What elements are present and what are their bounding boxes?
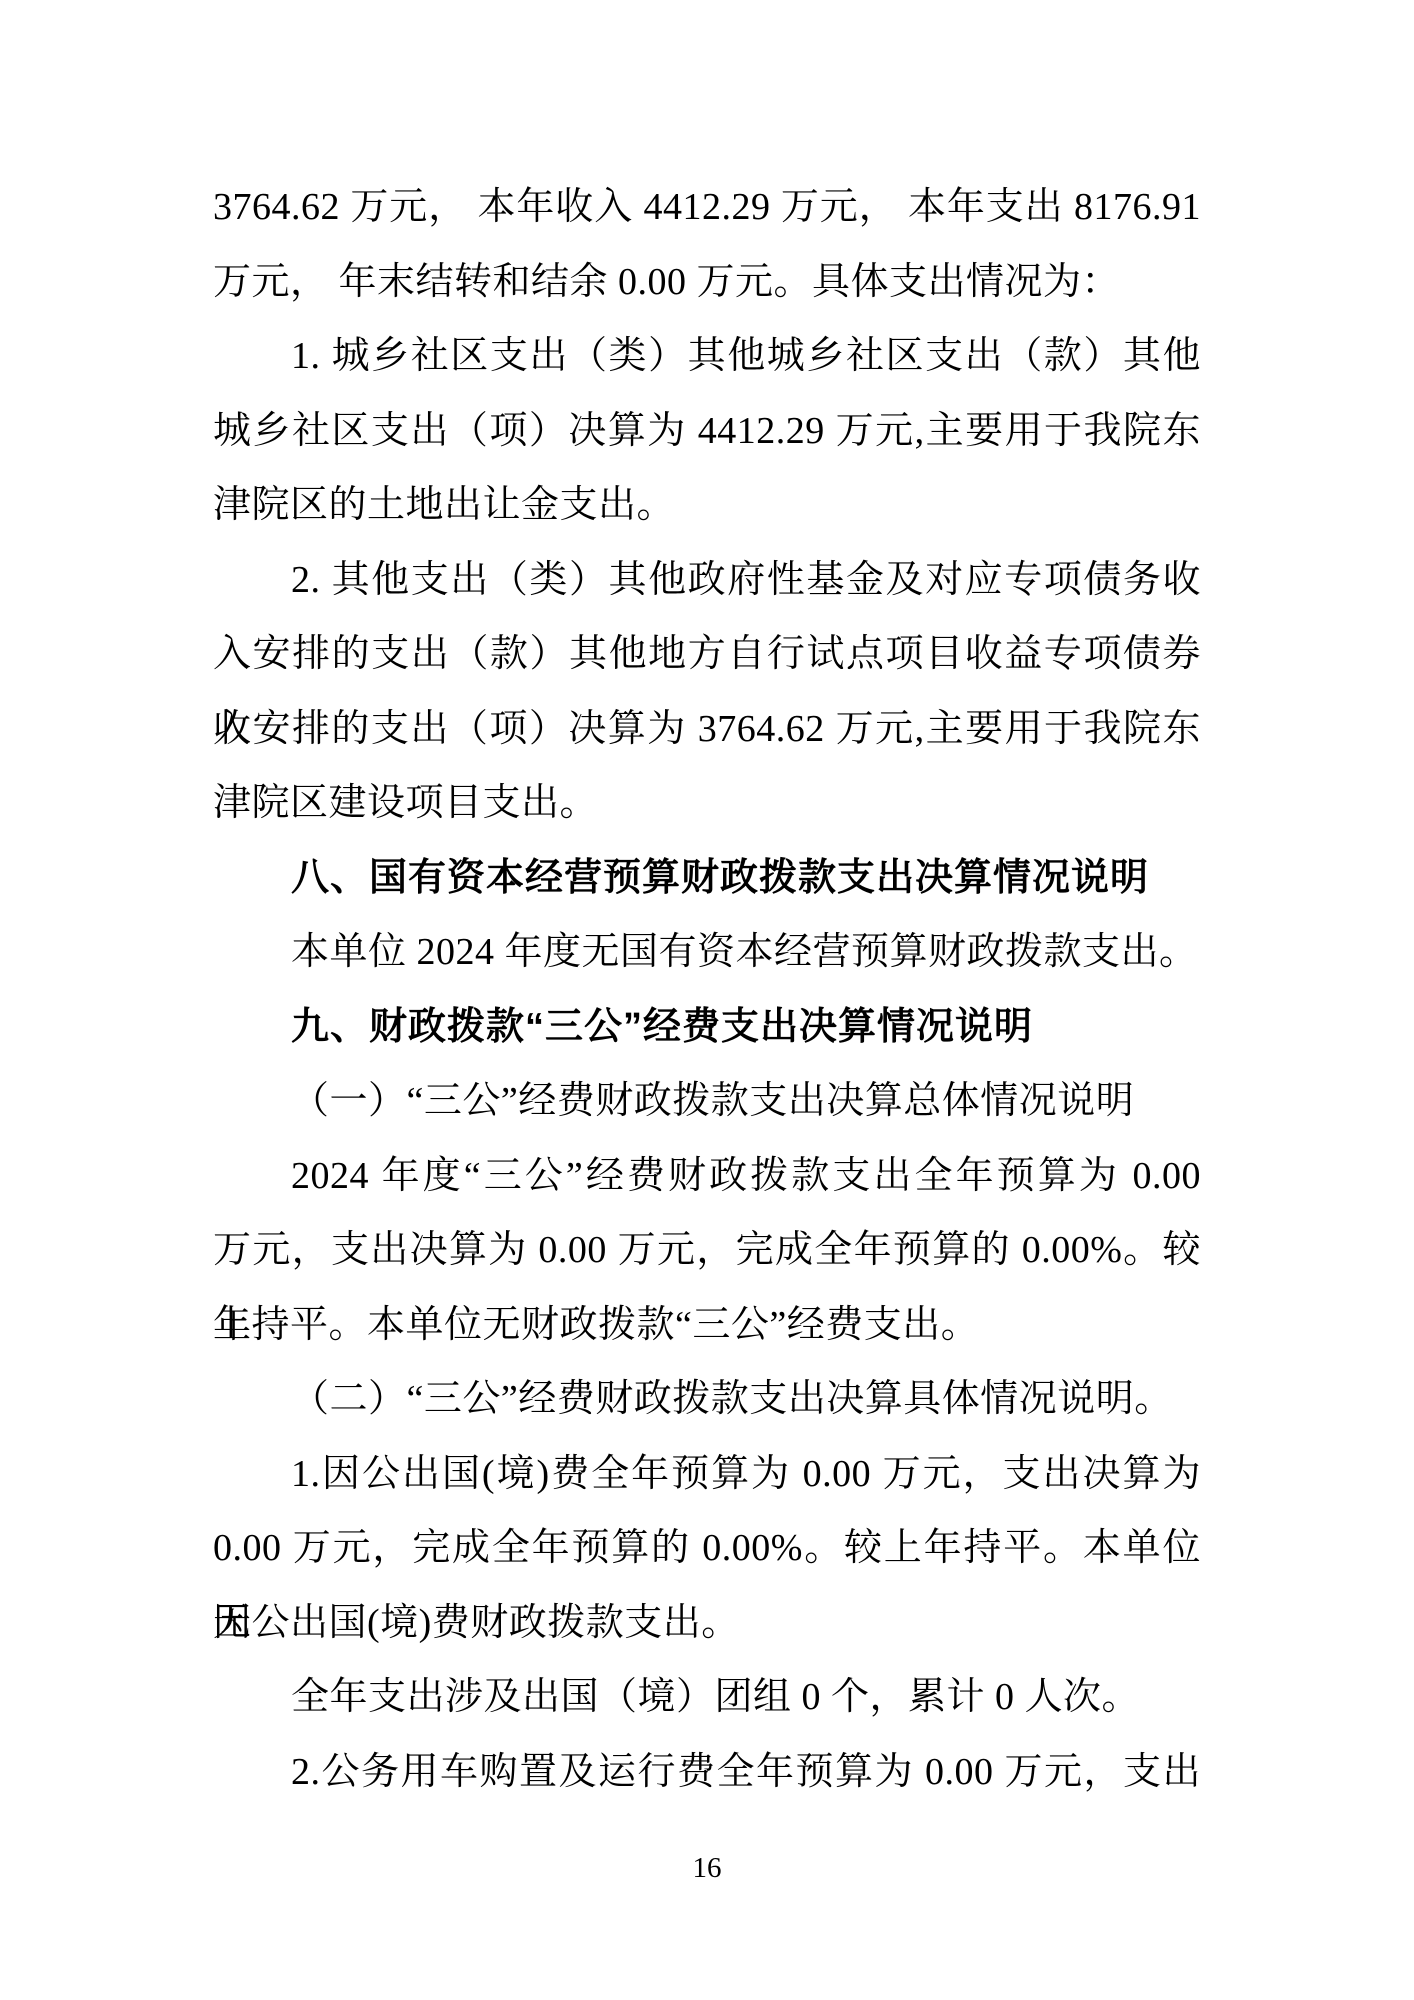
body-text-line: 年持平。本单位无财政拨款“三公”经费支出。 <box>213 1288 1201 1363</box>
body-text-line: 入安排的支出（项）决算为 3764.62 万元,主要用于我院东 <box>213 692 1201 767</box>
heading-line: 八、国有资本经营预算财政拨款支出决算情况说明 <box>213 841 1201 916</box>
body-text-line: 0.00 万元，完成全年预算的 0.00%。较上年持平。本单位无 <box>213 1511 1201 1586</box>
body-text-line: 城乡社区支出（项）决算为 4412.29 万元,主要用于我院东 <box>213 394 1201 469</box>
body-text-line: （一）“三公”经费财政拨款支出决算总体情况说明 <box>213 1064 1201 1139</box>
body-text-line: 2.公务用车购置及运行费全年预算为 0.00 万元，支出 <box>213 1735 1201 1810</box>
body-text-line: 全年支出涉及出国（境）团组 0 个，累计 0 人次。 <box>213 1660 1201 1735</box>
body-text-line: 2024 年度“三公”经费财政拨款支出全年预算为 0.00 <box>213 1139 1201 1214</box>
body-text-line: 2. 其他支出（类）其他政府性基金及对应专项债务收 <box>213 543 1201 618</box>
page-number: 16 <box>0 1848 1414 1888</box>
body-text-line: 万元， 年末结转和结余 0.00 万元。具体支出情况为： <box>213 245 1201 320</box>
body-text-line: 1. 城乡社区支出（类）其他城乡社区支出（款）其他 <box>213 319 1201 394</box>
body-text-line: 本单位 2024 年度无国有资本经营预算财政拨款支出。 <box>213 915 1201 990</box>
heading-line: 九、财政拨款“三公”经费支出决算情况说明 <box>213 990 1201 1065</box>
body-text-line: 万元，支出决算为 0.00 万元，完成全年预算的 0.00%。较上 <box>213 1213 1201 1288</box>
body-text-line: 3764.62 万元， 本年收入 4412.29 万元， 本年支出 8176.9… <box>213 170 1201 245</box>
body-text-line: 津院区的土地出让金支出。 <box>213 468 1201 543</box>
body-text-line: 1.因公出国(境)费全年预算为 0.00 万元，支出决算为 <box>213 1437 1201 1512</box>
document-page: 3764.62 万元， 本年收入 4412.29 万元， 本年支出 8176.9… <box>0 0 1414 2000</box>
body-text-line: （二）“三公”经费财政拨款支出决算具体情况说明。 <box>213 1362 1201 1437</box>
body-text-line: 入安排的支出（款）其他地方自行试点项目收益专项债券收 <box>213 617 1201 692</box>
body-text-line: 因公出国(境)费财政拨款支出。 <box>213 1586 1201 1661</box>
body-text-line: 津院区建设项目支出。 <box>213 766 1201 841</box>
document-body: 3764.62 万元， 本年收入 4412.29 万元， 本年支出 8176.9… <box>213 170 1201 1809</box>
